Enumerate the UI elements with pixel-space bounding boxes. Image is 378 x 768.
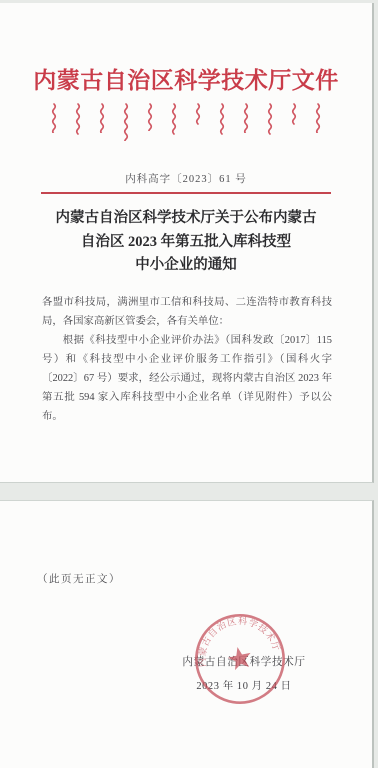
document-page-2: （此页无正文） 内蒙古自治区科学技术厅 2023 年 10 月 24 日 内蒙古…	[0, 500, 374, 768]
mongolian-script-row	[0, 103, 372, 141]
salutation-paragraph: 各盟市科技局，满洲里市工信和科技局、二连浩特市教育科技局，各国家高新区管委会，各…	[42, 293, 332, 331]
title-line-2: 自治区 2023 年第五批入库科技型	[0, 231, 372, 255]
signature-block: 内蒙古自治区科学技术厅 2023 年 10 月 24 日	[168, 656, 320, 692]
document-title: 内蒙古自治区科学技术厅关于公布内蒙古 自治区 2023 年第五批入库科技型 中小…	[0, 207, 372, 278]
issue-date: 2023 年 10 月 24 日	[168, 677, 320, 692]
mongolian-mark-icon	[194, 103, 202, 129]
mongolian-mark-icon	[218, 103, 226, 137]
title-line-3: 中小企业的通知	[0, 254, 372, 278]
mongolian-mark-icon	[146, 103, 154, 131]
mongolian-mark-icon	[266, 103, 274, 139]
document-body: 各盟市科技局，满洲里市工信和科技局、二连浩特市教育科技局，各国家高新区管委会，各…	[42, 293, 332, 426]
title-line-1: 内蒙古自治区科学技术厅关于公布内蒙古	[0, 207, 372, 231]
red-header-banner: 内蒙古自治区科学技术厅文件	[0, 62, 372, 95]
red-divider-line	[41, 192, 331, 194]
mongolian-mark-icon	[50, 103, 58, 133]
document-page-1: 内蒙古自治区科学技术厅文件 内科高字〔2023〕61 号 内蒙古自治区科学技术厅…	[0, 3, 374, 483]
no-text-note: （此页无正文）	[37, 571, 121, 586]
issuing-authority: 内蒙古自治区科学技术厅	[168, 656, 320, 670]
document-viewer-background: 内蒙古自治区科学技术厅文件 内科高字〔2023〕61 号 内蒙古自治区科学技术厅…	[0, 0, 378, 768]
mongolian-mark-icon	[170, 103, 178, 139]
mongolian-mark-icon	[98, 103, 106, 133]
document-number: 内科高字〔2023〕61 号	[0, 171, 372, 186]
mongolian-mark-icon	[314, 103, 322, 133]
mongolian-mark-icon	[74, 103, 82, 139]
mongolian-mark-icon	[122, 103, 130, 141]
main-paragraph: 根据《科技型中小企业评价办法》（国科发政〔2017〕115 号）和《科技型中小企…	[42, 331, 332, 426]
mongolian-mark-icon	[290, 103, 298, 127]
mongolian-mark-icon	[242, 103, 250, 133]
